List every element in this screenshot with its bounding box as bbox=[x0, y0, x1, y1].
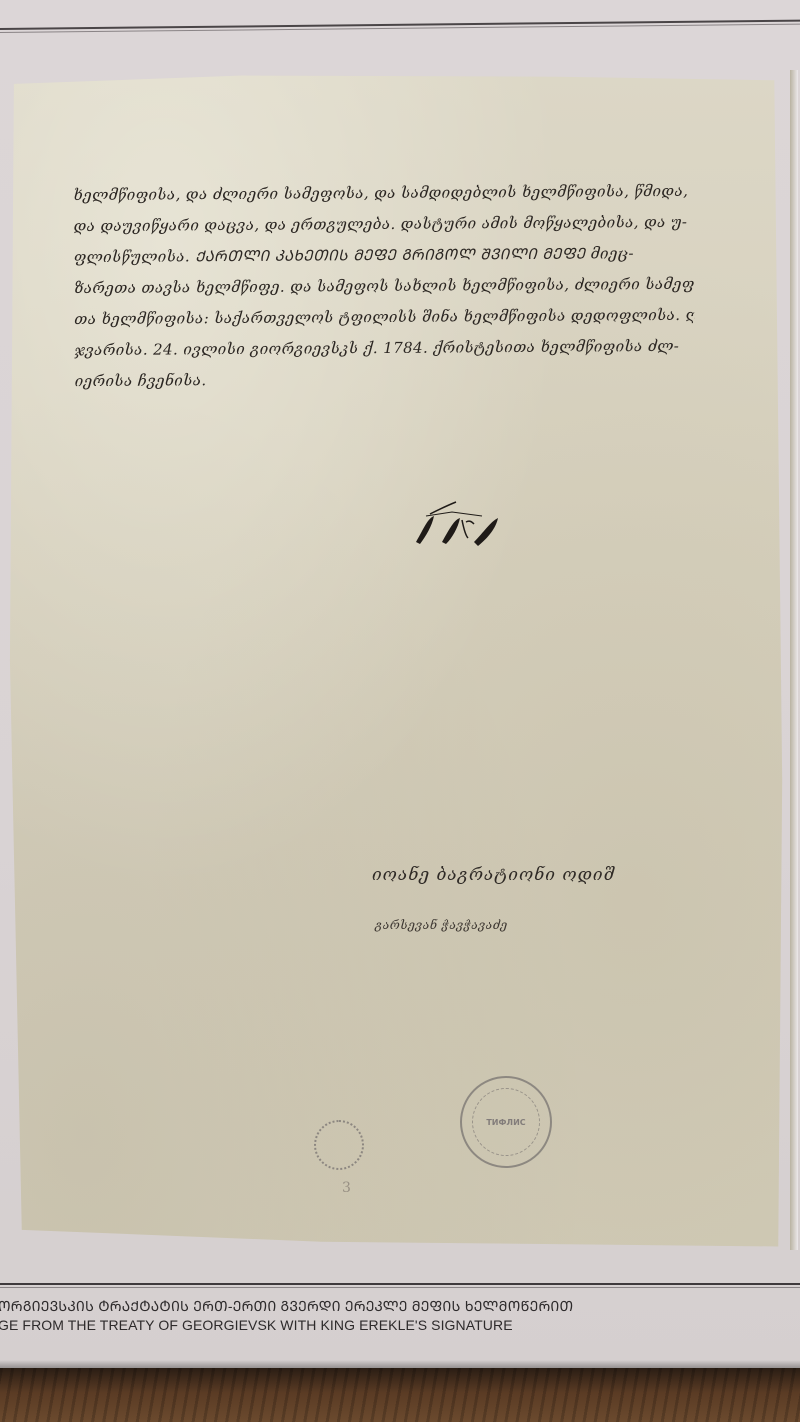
royal-signature-icon bbox=[412, 498, 508, 550]
manuscript-line: და დაუვიწყარი დაცვა, და ერთგულება. დასტუ… bbox=[73, 207, 693, 242]
bottom-rule-line bbox=[0, 1283, 800, 1285]
stamp-text: ТИФЛИС bbox=[486, 1118, 525, 1127]
manuscript-line: თა ხელმწიფისა: საქართველოს ტფილისს შინა … bbox=[74, 300, 694, 335]
manuscript-line: ხელმწიფისა, და ძლიერი სამეფოსა, და სამდი… bbox=[73, 176, 693, 211]
manuscript-edge bbox=[790, 70, 798, 1250]
manuscript-line: იერისა ჩვენისა. bbox=[75, 362, 695, 397]
witness-signature: იოანე ბაგრატიონი ოდიშ bbox=[372, 865, 615, 885]
caption-english: GE FROM THE TREATY OF GEORGIEVSK WITH KI… bbox=[0, 1316, 800, 1335]
caption-georgian: ᲝᲠᲒᲘᲔᲕᲡᲙᲘᲡ ᲢᲠᲐᲥᲢᲐᲢᲘᲡ ᲔᲠᲗ-ᲔᲠᲗᲘ ᲒᲕᲔᲠᲓᲘ ᲔᲠᲔ… bbox=[0, 1297, 800, 1316]
manuscript-line: ზარეთა თავსა ხელმწიფე. და სამეფოს სახლის… bbox=[74, 269, 694, 304]
manuscript-line: ჯვარისა. 24. ივლისი გიორგიევსკს ქ. 1784.… bbox=[74, 331, 694, 366]
folio-number: 3 bbox=[342, 1180, 351, 1196]
manuscript-text: ხელმწიფისა, და ძლიერი სამეფოსა, და სამდი… bbox=[73, 176, 694, 397]
archive-stamp-large-icon: ТИФЛИС bbox=[460, 1076, 552, 1168]
archive-stamp-small-icon bbox=[314, 1120, 364, 1170]
wooden-table bbox=[0, 1368, 800, 1422]
manuscript-line: ფლისწულისა. ᲥᲐᲠᲗᲚᲘ ᲙᲐᲮᲔᲗᲘᲡ ᲛᲔᲤᲔ ᲒᲠᲘᲒᲝᲚ Შ… bbox=[74, 238, 694, 273]
bottom-rule-line-inner bbox=[0, 1287, 800, 1288]
figure-caption: ᲝᲠᲒᲘᲔᲕᲡᲙᲘᲡ ᲢᲠᲐᲥᲢᲐᲢᲘᲡ ᲔᲠᲗ-ᲔᲠᲗᲘ ᲒᲕᲔᲠᲓᲘ ᲔᲠᲔ… bbox=[0, 1297, 800, 1335]
witness-signature: გარსევან ჭავჭავაძე bbox=[375, 918, 508, 932]
